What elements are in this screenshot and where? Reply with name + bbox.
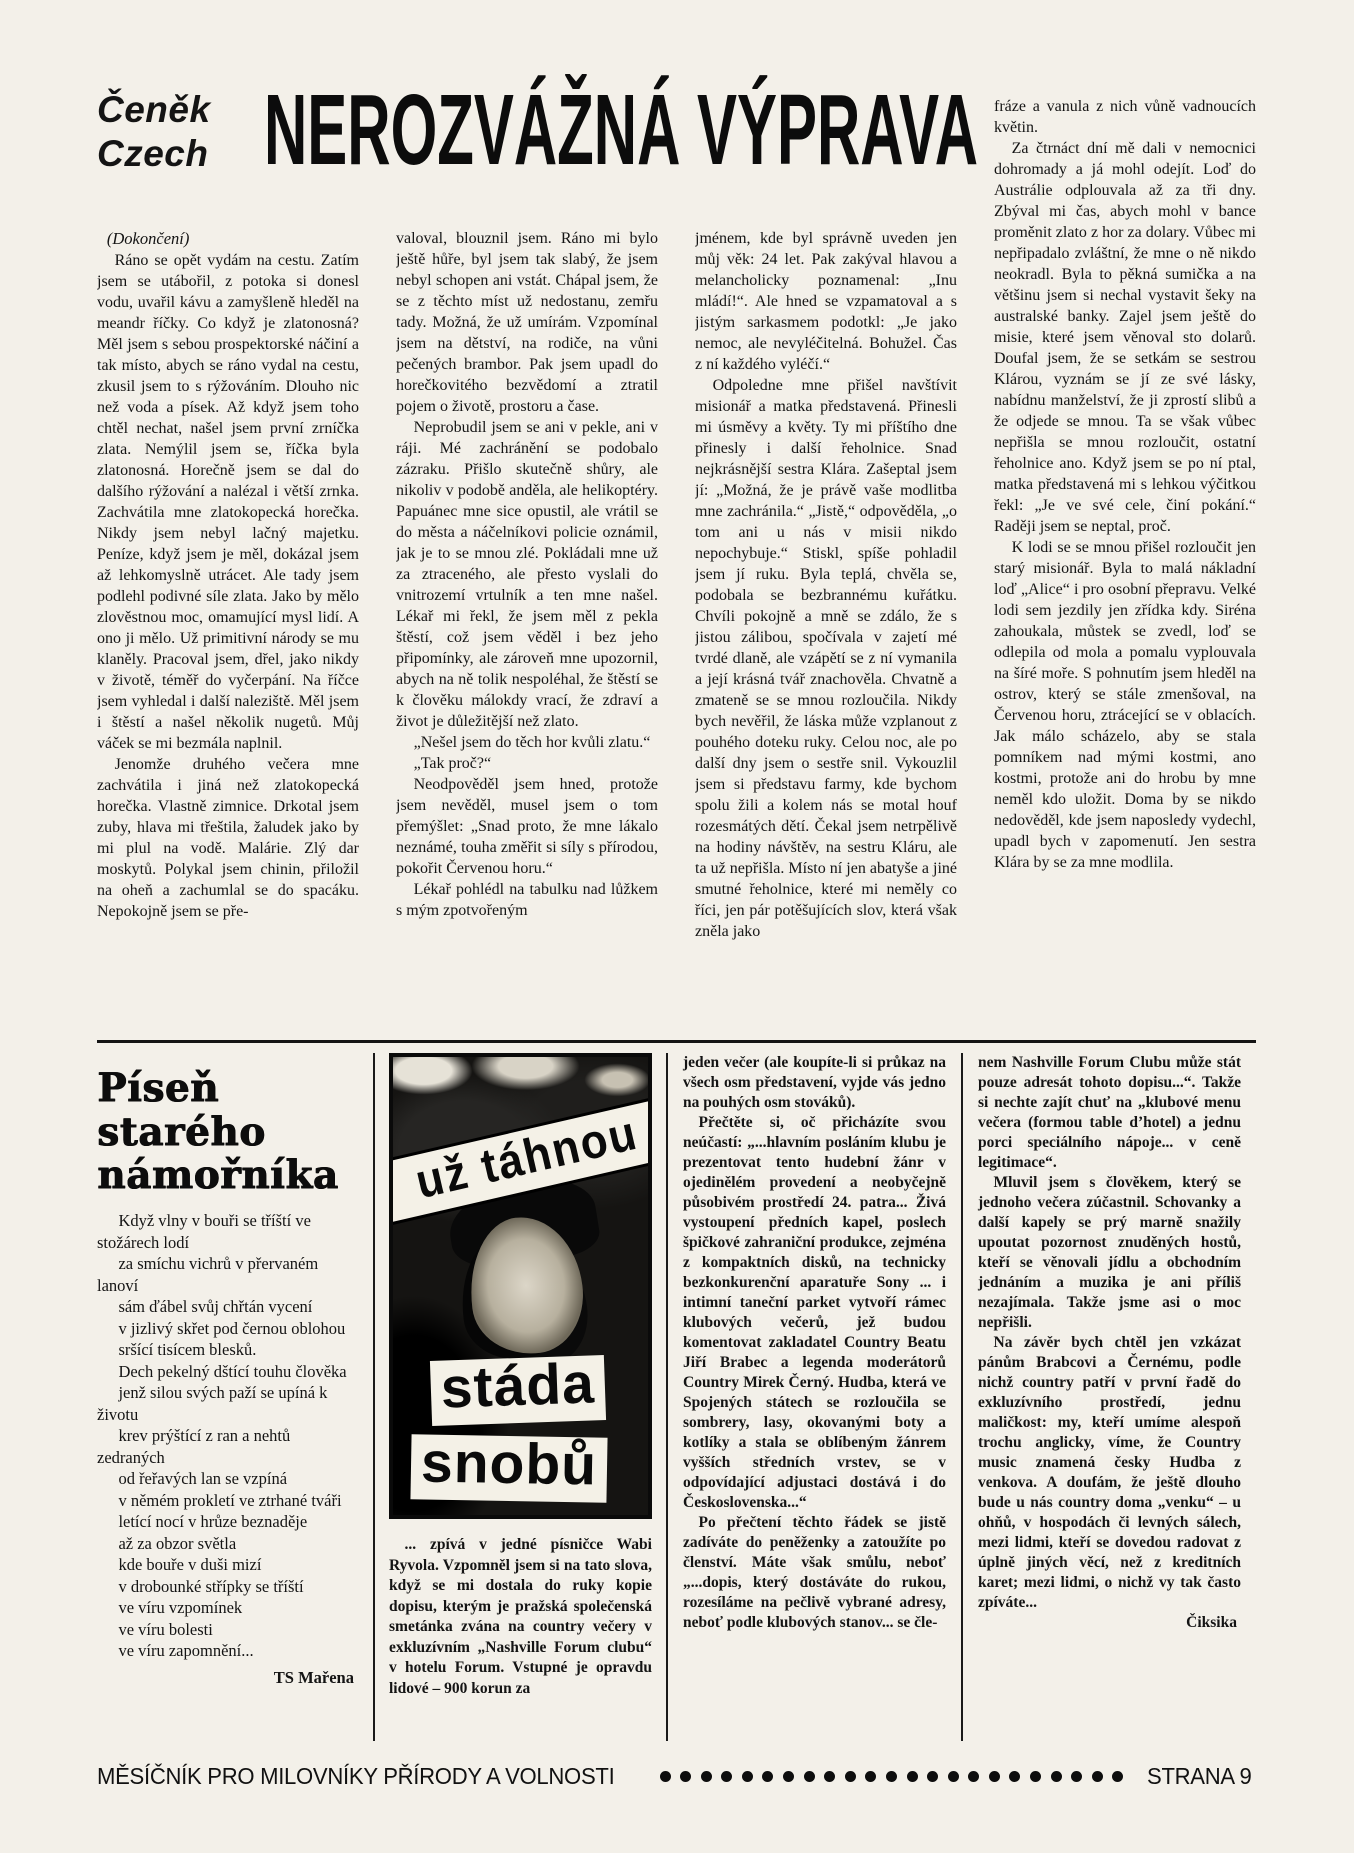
poem-signature: TS Mařena bbox=[97, 1668, 360, 1688]
article-title: NEROZVÁŽNÁ VÝPRAVA bbox=[262, 60, 982, 188]
footer-dot bbox=[968, 1771, 979, 1782]
author-last-name: Czech bbox=[97, 132, 262, 176]
page-footer: MĚSÍČNÍK PRO MILOVNÍKY PŘÍRODY A VOLNOST… bbox=[97, 1763, 1256, 1790]
photo-caption: ... zpívá v jedné písničce Wabi Ryvola. … bbox=[389, 1535, 652, 1699]
footer-dot bbox=[721, 1771, 732, 1782]
poem-line: ve víru vzpomínek bbox=[97, 1597, 360, 1619]
poem-line: letící nocí v hrůze beznaděje bbox=[97, 1511, 360, 1533]
continuation-note: (Dokončení) bbox=[97, 228, 359, 249]
photo-column: už táhnou stáda snobů ... zpívá v jedné … bbox=[373, 1053, 666, 1741]
author-name: Čeněk Czech bbox=[97, 56, 262, 175]
footer-page-number: STRANA 9 bbox=[1147, 1763, 1251, 1790]
footer-dot bbox=[948, 1771, 959, 1782]
story-paragraph: jménem, kde byl správně uveden jen můj v… bbox=[695, 228, 957, 375]
story-paragraph: Ráno se opět vydám na cestu. Zatím jsem … bbox=[97, 250, 359, 754]
story-column-1-paragraphs: Ráno se opět vydám na cestu. Zatím jsem … bbox=[97, 250, 359, 922]
poem-title: Píseň starého námořníka bbox=[97, 1067, 360, 1198]
footer-dots bbox=[650, 1771, 1133, 1782]
poem-title-line-1: Píseň starého bbox=[97, 1067, 360, 1154]
story-column-2: valoval, blouznil jsem. Ráno mi bylo ješ… bbox=[396, 228, 658, 1030]
footer-dot bbox=[783, 1771, 794, 1782]
article-masthead: Čeněk Czech NEROZVÁŽNÁ VÝPRAVA bbox=[97, 56, 1017, 206]
poem-line: v jizlivý skřet pod černou oblohou bbox=[97, 1318, 360, 1340]
footer-dot bbox=[886, 1771, 897, 1782]
poem-line: krev prýštící z ran a nehtů zedraných bbox=[97, 1425, 360, 1468]
country-paragraph: Na závěr bych chtěl jen vzkázat pánům Br… bbox=[978, 1333, 1241, 1613]
footer-dot bbox=[865, 1771, 876, 1782]
man-face-illustration: už táhnou stáda snobů bbox=[389, 1053, 652, 1519]
country-signature: Čiksika bbox=[978, 1613, 1241, 1633]
author-first-name: Čeněk bbox=[97, 88, 262, 132]
footer-dot bbox=[680, 1771, 691, 1782]
poem-line: jenž silou svých paží se upíná k životu bbox=[97, 1382, 360, 1425]
poem-line: ve víru bolesti bbox=[97, 1619, 360, 1641]
photo-label-stada: stáda bbox=[430, 1355, 606, 1426]
poem-line: sám ďábel svůj chřtán vycení bbox=[97, 1296, 360, 1318]
poem-line: kde bouře v duši mizí bbox=[97, 1554, 360, 1576]
story-column-1: (Dokončení) Ráno se opět vydám na cestu.… bbox=[97, 228, 359, 1030]
footer-dot bbox=[1071, 1771, 1082, 1782]
country-column-2-paragraphs: nem Nashville Forum Clubu může stát pouz… bbox=[978, 1053, 1241, 1613]
newspaper-page: Čeněk Czech NEROZVÁŽNÁ VÝPRAVA (Dokončen… bbox=[0, 0, 1354, 1853]
country-column-1: jeden večer (ale koupíte-li si průkaz na… bbox=[666, 1053, 961, 1741]
poem-section: Píseň starého námořníka Když vlny v bouř… bbox=[97, 1053, 373, 1741]
story-columns: (Dokončení) Ráno se opět vydám na cestu.… bbox=[97, 228, 1256, 1030]
story-paragraph: „Tak proč?“ bbox=[396, 753, 658, 774]
country-paragraph: nem Nashville Forum Clubu může stát pouz… bbox=[978, 1053, 1241, 1173]
story-paragraph: Neprobudil jsem se ani v pekle, ani v rá… bbox=[396, 417, 658, 732]
poem-body: Když vlny v bouři se tříští ve stožárech… bbox=[97, 1210, 360, 1662]
section-divider bbox=[97, 1040, 1256, 1043]
footer-dot bbox=[1030, 1771, 1041, 1782]
footer-dot bbox=[824, 1771, 835, 1782]
story-paragraph: „Nešel jsem do těch hor kvůli zlatu.“ bbox=[396, 732, 658, 753]
country-paragraph: Po přečtení těchto řádek se jistě zadívá… bbox=[683, 1513, 946, 1633]
photo-label-snobu: snobů bbox=[410, 1435, 607, 1503]
poem-line: od řeřavých lan se vzpíná bbox=[97, 1468, 360, 1490]
footer-dot bbox=[1051, 1771, 1062, 1782]
footer-dot bbox=[907, 1771, 918, 1782]
story-column-3-paragraphs: jménem, kde byl správně uveden jen můj v… bbox=[695, 228, 957, 942]
footer-dot bbox=[845, 1771, 856, 1782]
story-column-3: jménem, kde byl správně uveden jen můj v… bbox=[695, 228, 957, 1030]
footer-dot bbox=[989, 1771, 1000, 1782]
story-paragraph: Odpoledne mne přišel navštívit misionář … bbox=[695, 375, 957, 942]
country-column-1-paragraphs: jeden večer (ale koupíte-li si průkaz na… bbox=[683, 1053, 946, 1633]
footer-dot bbox=[762, 1771, 773, 1782]
footer-dot bbox=[742, 1771, 753, 1782]
country-paragraph: Mluvil jsem s člověkem, který se jednoho… bbox=[978, 1173, 1241, 1333]
story-column-2-paragraphs: valoval, blouznil jsem. Ráno mi bylo ješ… bbox=[396, 228, 658, 921]
poem-line: ve víru zapomnění... bbox=[97, 1640, 360, 1662]
poem-line: za smíchu vichrů v přervaném lanoví bbox=[97, 1253, 360, 1296]
poem-line: v němém prokletí ve ztrhané tváři bbox=[97, 1490, 360, 1512]
poem-title-line-2: námořníka bbox=[97, 1154, 360, 1198]
poem-line: sršící tisícem blesků. bbox=[97, 1339, 360, 1361]
bottom-section: Píseň starého námořníka Když vlny v bouř… bbox=[97, 1053, 1256, 1741]
footer-magazine-title: MĚSÍČNÍK PRO MILOVNÍKY PŘÍRODY A VOLNOST… bbox=[97, 1763, 614, 1790]
story-column-4-paragraphs: fráze a vanula z nich vůně vadnoucích kv… bbox=[994, 96, 1256, 873]
poem-line: Když vlny v bouři se tříští ve stožárech… bbox=[97, 1210, 360, 1253]
story-paragraph: fráze a vanula z nich vůně vadnoucích kv… bbox=[994, 96, 1256, 138]
story-paragraph: Neodpověděl jsem hned, protože jsem nevě… bbox=[396, 774, 658, 879]
poem-line: Dech pekelný dštící touhu člověka bbox=[97, 1361, 360, 1383]
story-paragraph: Lékař pohlédl na tabulku nad lůžkem s mý… bbox=[396, 879, 658, 921]
footer-dot bbox=[927, 1771, 938, 1782]
poem-line: až za obzor světla bbox=[97, 1533, 360, 1555]
footer-dot bbox=[1092, 1771, 1103, 1782]
country-paragraph: jeden večer (ale koupíte-li si průkaz na… bbox=[683, 1053, 946, 1113]
footer-dot bbox=[804, 1771, 815, 1782]
country-paragraph: Přečtěte si, oč přicházíte svou neúčastí… bbox=[683, 1113, 946, 1513]
footer-dot bbox=[701, 1771, 712, 1782]
poem-line: v drobounké střípky se tříští bbox=[97, 1576, 360, 1598]
story-paragraph: Jenomže druhého večera mne zachvátila i … bbox=[97, 754, 359, 922]
article-title-text: NEROZVÁŽNÁ VÝPRAVA bbox=[264, 74, 978, 186]
story-paragraph: valoval, blouznil jsem. Ráno mi bylo ješ… bbox=[396, 228, 658, 417]
footer-dot bbox=[1112, 1771, 1123, 1782]
footer-dot bbox=[660, 1771, 671, 1782]
country-column-2: nem Nashville Forum Clubu může stát pouz… bbox=[961, 1053, 1256, 1741]
story-paragraph: Za čtrnáct dní mě dali v nemocnici dohro… bbox=[994, 138, 1256, 537]
story-paragraph: K lodi se se mnou přišel rozloučit jen s… bbox=[994, 537, 1256, 873]
footer-dot bbox=[1009, 1771, 1020, 1782]
story-column-4: fráze a vanula z nich vůně vadnoucích kv… bbox=[994, 96, 1256, 1030]
